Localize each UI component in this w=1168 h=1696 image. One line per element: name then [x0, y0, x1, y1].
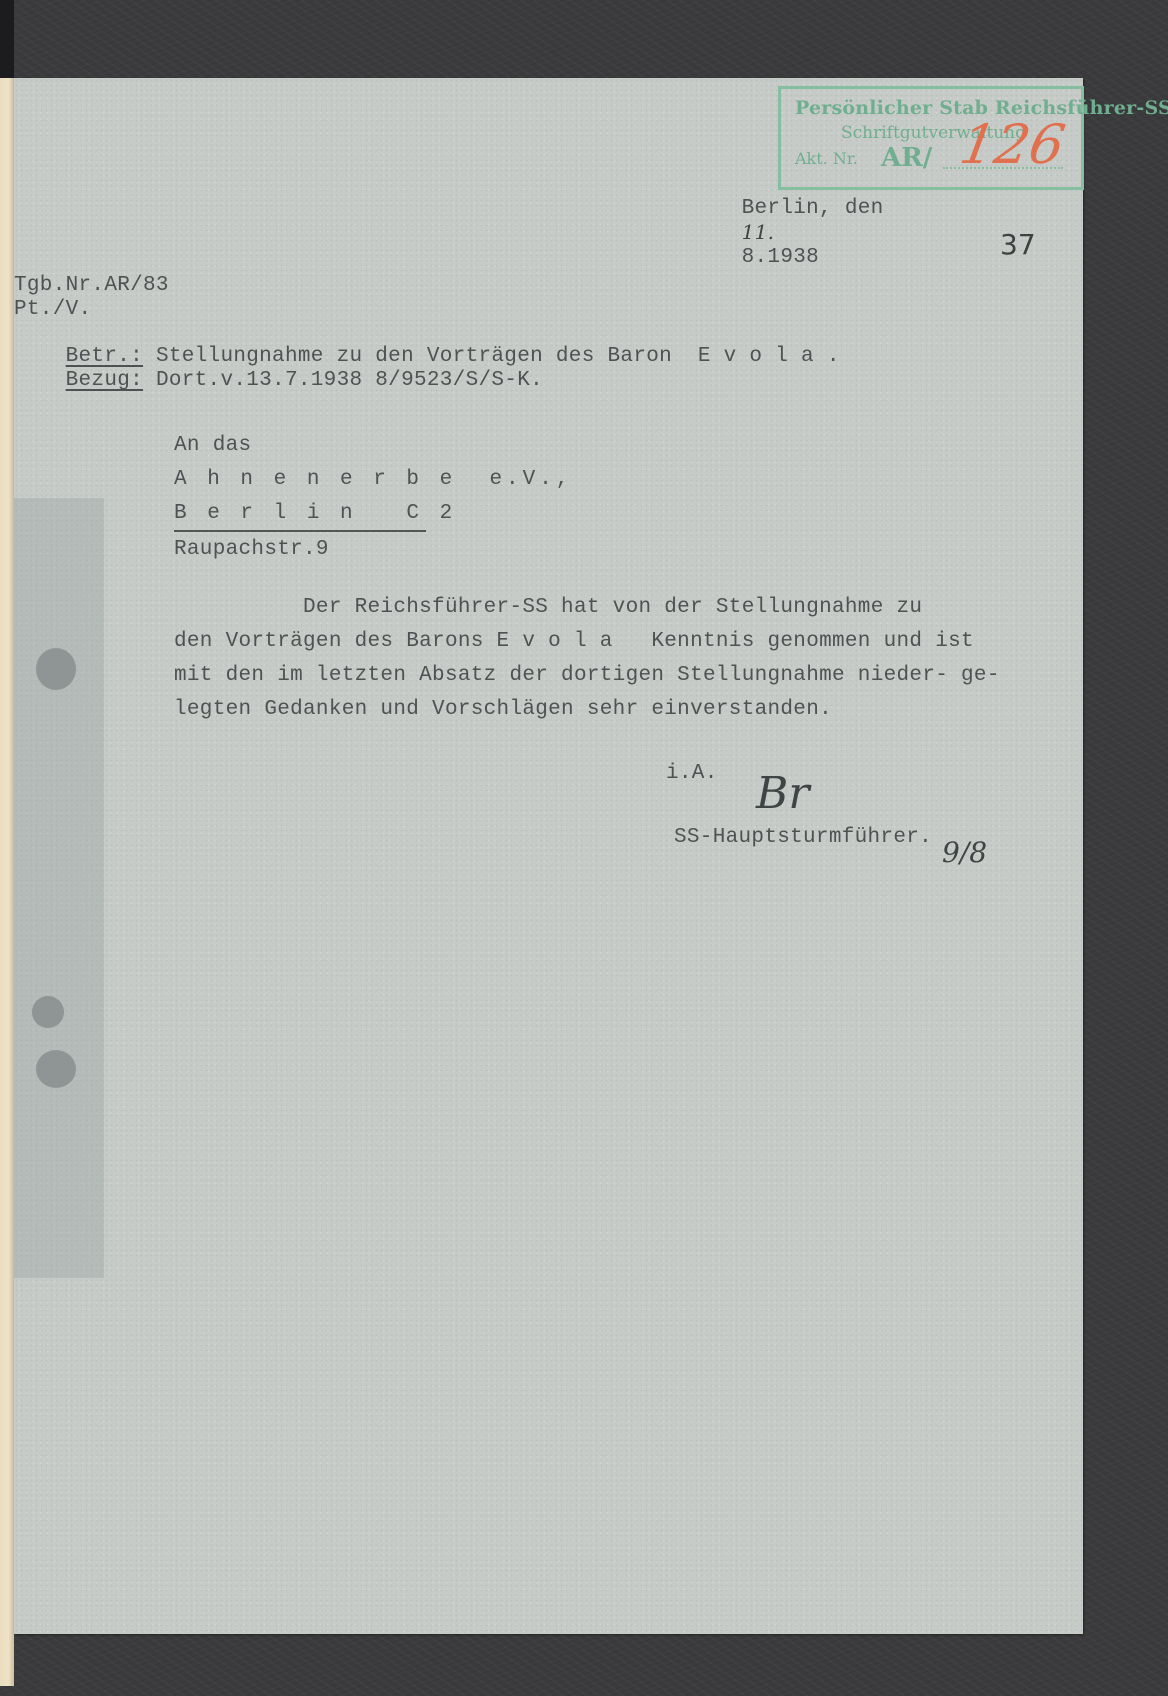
date-rest: 8.1938 [742, 246, 819, 269]
folio-number: 37 [1000, 228, 1036, 261]
stamp-akt-prefix: AR/ [881, 143, 932, 173]
tgb-number: Tgb.Nr.AR/83 [14, 274, 169, 297]
place-date: Berlin, den 11. 8.1938 [690, 174, 884, 292]
binder-strip [0, 78, 14, 1686]
body-line-1: Der Reichsführer-SS hat von der Stellung… [174, 596, 922, 619]
underlying-sheet [14, 498, 104, 1278]
rank-title: SS-Hauptsturmführer. [674, 826, 932, 849]
handwritten-day: 11. [742, 220, 775, 244]
bezug-text: Dort.v.13.7.1938 8/9523/S/S-K. [156, 369, 543, 392]
punch-hole [36, 648, 76, 690]
body-line-2: den Vorträgen des Barons E v o l a Kennt… [174, 630, 974, 653]
bezug-label: Bezug: [66, 369, 143, 392]
initials: Pt./V. [14, 298, 91, 321]
bezug-line: Bezug: Dort.v.13.7.1938 8/9523/S/S-K. [14, 346, 543, 415]
body-line-4: legten Gedanken und Vorschlägen sehr ein… [174, 698, 832, 721]
body-line-3: mit den im letzten Absatz der dortigen S… [174, 664, 1000, 687]
address-line-4: Raupachstr.9 [174, 538, 329, 561]
punch-hole [36, 1050, 76, 1088]
place-date-prefix: Berlin, den [742, 197, 884, 220]
address-line-1: An das [174, 434, 251, 457]
i-a-abbreviation: i.A. [666, 762, 718, 785]
document-page: Persönlicher Stab Reichsführer-SS Schrif… [14, 78, 1083, 1634]
address-line-3: B e r l i n C 2 [174, 502, 456, 525]
binder-edge [0, 0, 14, 78]
address-line-2: A h n e n e r b e e.V., [174, 468, 572, 491]
stamp-akt-number: 126 [955, 113, 1069, 176]
punch-hole [32, 996, 64, 1028]
address-underline [174, 530, 426, 532]
signature: Br [756, 768, 809, 819]
stamp-akt-label: Akt. Nr. [795, 149, 858, 168]
handwritten-date: 9/8 [942, 836, 987, 869]
